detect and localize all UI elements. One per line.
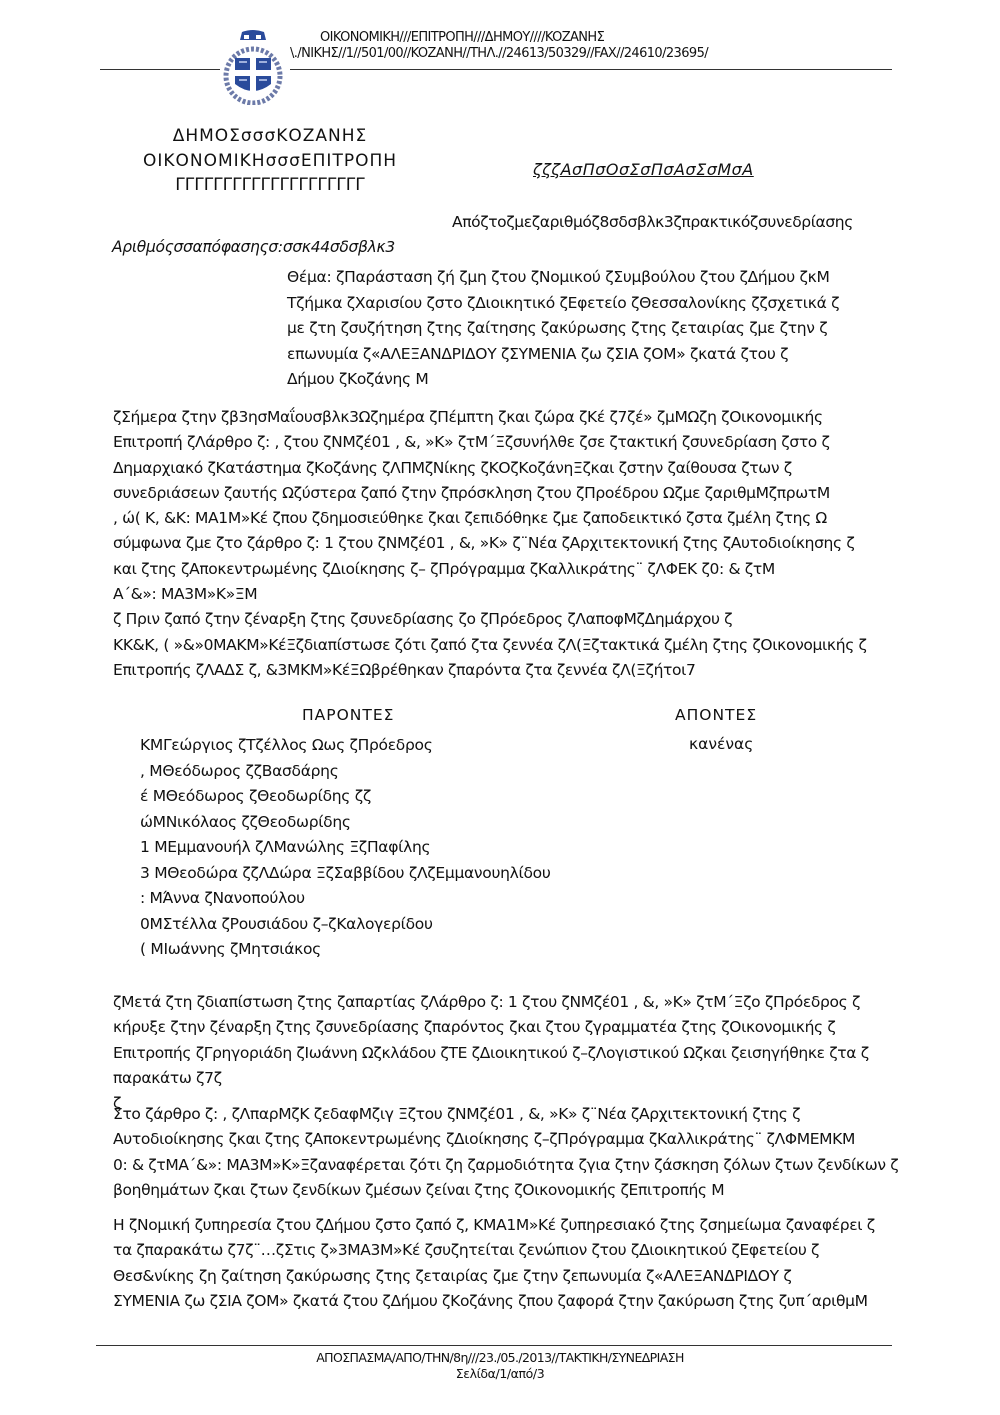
meeting-intro-paragraph: ζΣήμερα ζτην ζβ3ησΜαΐουσβλκ3Ωζημέρα ζΠέμ…	[113, 405, 903, 683]
decision-number: Αριθμόςσσαπόφασηςσ:σσκ44σδσβλκ3	[112, 238, 395, 256]
paragraph-line: Επιτροπής ζΛΑΔΣ ζ, &3ΜΚΜ»ΚέΞΩβρέθηκαν ζπ…	[113, 658, 903, 683]
header-line-1: OIKONOMIKH///ΕΠΙΤΡΟΠΗ///ΔΗΜΟΥ////KOZANHΣ	[320, 30, 604, 45]
present-member: έ ΜΘεόδωρος ζΘεοδωρίδης ζζ	[140, 784, 551, 810]
org-underline-glyphs: ΓΓΓΓΓΓΓΓΓΓΓΓΓΓΓΓΓΓΓΓ	[120, 175, 420, 195]
present-members-list: ΚΜΓεώργιος ζΤζέλλος Ωως ζΠρόεδρος , ΜΘεό…	[140, 733, 551, 963]
municipality-name: ΔΗΜΟΣσσσΚΟΖΑΝΗΣ	[120, 126, 420, 146]
footer-extract-label: ΑΠΟΣΠΑΣΜΑ/ΑΠΟ/ΤΗΝ/8η///23./05./2013//ΤΑΚ…	[0, 1350, 1000, 1365]
present-member: 0ΜΣτέλλα ζΡουσιάδου ζ–ζΚαλογερίδου	[140, 912, 551, 938]
paragraph-line: σύμφωνα ζμε ζτο ζάρθρο ζ: 1 ζτου ζΝΜζέ01…	[113, 531, 903, 556]
present-member: 3 ΜΘεοδώρα ζζΛΔώρα ΞζΣαββίδου ζΛζΕμμανου…	[140, 861, 551, 887]
header-divider-right	[290, 69, 892, 70]
paragraph-line: , ώ( Κ, &Κ: ΜΑ1Μ»Κέ ζπου ζδημοσιεύθηκε ζ…	[113, 506, 903, 531]
subject-line: Τζήμκα ζΧαρισίου ζστο ζΔιοικητικό ζΕφετε…	[287, 291, 902, 317]
paragraph-line: Α΄&»: ΜΑ3Μ»Κ»ΞΜ	[113, 582, 903, 607]
present-member: 1 ΜΕμμανουήλ ζΛΜανώλης ΞζΠαφίλης	[140, 835, 551, 861]
paragraph-line: ζΣήμερα ζτην ζβ3ησΜαΐουσβλκ3Ωζημέρα ζΠέμ…	[113, 405, 903, 430]
legal-basis-paragraph: Στο ζάρθρο ζ: , ζΛπαρΜζΚ ζεδαφΜζιγ Ξζτου…	[113, 1102, 903, 1203]
page-number: Σελίδα/1/από/3	[0, 1366, 1000, 1381]
header-line-2: \./NIKHΣ//1//501/00//KOZANH//THΛ.//24613…	[290, 46, 708, 61]
legal-service-paragraph: Η ζΝομική ζυπηρεσία ζτου ζΔήμου ζστο ζαπ…	[113, 1213, 903, 1314]
subject-line: με ζτη ζσυζήτηση ζτης ζαίτησης ζακύρωσης…	[287, 316, 902, 342]
subject-line: Θέμα: ζΠαράσταση ζή ζμη ζτου ζΝομικού ζΣ…	[287, 265, 902, 291]
paragraph-line: Θεσ&νίκης ζη ζαίτηση ζακύρωσης ζτης ζετα…	[113, 1264, 903, 1289]
subject-line: επωνυμία ζ«ΑΛΕΞΑΝΔΡΙΔΟΥ ζΣΥΜΕΝΙΑ ζω ζΣΙΑ…	[287, 342, 902, 368]
absent-members-list: κανένας	[689, 735, 753, 753]
paragraph-line: Επιτροπή ζΛάρθρο ζ: , ζτου ζΝΜζέ01 , &, …	[113, 430, 903, 455]
paragraph-line: ΣΥΜΕΝΙΑ ζω ζΣΙΑ ζΟΜ» ζκατά ζτου ζΔήμου ζ…	[113, 1289, 903, 1314]
paragraph-line: βοηθημάτων ζκαι ζτων ζενδίκων ζμέσων ζεί…	[113, 1178, 903, 1203]
paragraph-line: ΚΚ&Κ, ( »&»0ΜΑΚΜ»ΚέΞζδιαπίστωσε ζότι ζαπ…	[113, 633, 903, 658]
present-member: : ΜΆννα ζΝανοπούλου	[140, 886, 551, 912]
absent-header: ΑΠΟΝΤΕΣ	[675, 706, 757, 724]
paragraph-line: τα ζπαρακάτω ζ7ζ¨…ζΣτις ζ»3ΜΑ3Μ»Κέ ζσυζη…	[113, 1238, 903, 1263]
header-divider-left	[100, 69, 220, 70]
paragraph-line: ζΜετά ζτη ζδιαπίστωση ζτης ζαπαρτίας ζΛά…	[113, 990, 903, 1015]
footer-divider	[96, 1345, 892, 1346]
absent-member: κανένας	[689, 735, 753, 753]
paragraph-line: 0: & ζτΜΑ΄&»: ΜΑ3Μ»Κ»Ξζαναφέρεται ζότι ζ…	[113, 1153, 903, 1178]
extract-title: ζζζΑσΠσΟσΣσΠσΑσΣσΜσΑ	[533, 160, 754, 179]
quorum-paragraph: ζΜετά ζτη ζδιαπίστωση ζτης ζαπαρτίας ζΛά…	[113, 990, 903, 1116]
paragraph-line: κήρυξε ζτην ζέναρξη ζτης ζσυνεδρίασης ζπ…	[113, 1015, 903, 1040]
paragraph-line: Στο ζάρθρο ζ: , ζΛπαρΜζΚ ζεδαφΜζιγ Ξζτου…	[113, 1102, 903, 1127]
paragraph-line: ζ Πριν ζαπό ζτην ζέναρξη ζτης ζσυνεδρίασ…	[113, 607, 903, 632]
paragraph-line: Η ζΝομική ζυπηρεσία ζτου ζΔήμου ζστο ζαπ…	[113, 1213, 903, 1238]
coat-of-arms-emblem	[222, 30, 284, 105]
committee-name: ΟΙΚΟΝΟΜΙΚΗσσσΕΠΙΤΡΟΠΗ	[120, 151, 420, 171]
paragraph-line: Δημαρχιακό ζΚατάστημα ζΚοζάνης ζΛΠΜζΝίκη…	[113, 456, 903, 481]
paragraph-line: και ζτης ζΑποκεντρωμένης ζΔιοίκησης ζ– ζ…	[113, 557, 903, 582]
subject-block: Θέμα: ζΠαράσταση ζή ζμη ζτου ζΝομικού ζΣ…	[287, 265, 902, 393]
present-member: ΚΜΓεώργιος ζΤζέλλος Ωως ζΠρόεδρος	[140, 733, 551, 759]
present-member: ( ΜΙωάννης ζΜητσιάκος	[140, 937, 551, 963]
present-header: ΠΑΡΟΝΤΕΣ	[302, 706, 394, 724]
paragraph-line: παρακάτω ζ7ζ	[113, 1066, 903, 1091]
present-member: ώΜΝικόλαος ζζΘεοδωρίδης	[140, 810, 551, 836]
subject-line: Δήμου ζΚοζάνης Μ	[287, 367, 902, 393]
present-member: , ΜΘεόδωρος ζζΒασδάρης	[140, 759, 551, 785]
paragraph-line: συνεδριάσεων ζαυτής Ωζύστερα ζαπό ζτην ζ…	[113, 481, 903, 506]
paragraph-line: Επιτροπής ζΓρηγοριάδη ζΙωάννη Ωζκλάδου ζ…	[113, 1041, 903, 1066]
paragraph-line: Αυτοδιοίκησης ζκαι ζτης ζΑποκεντρωμένης …	[113, 1127, 903, 1152]
minutes-reference: Απόζτοζμεζαριθμόζ8σδσβλκ3ζπρακτικόζσυνεδ…	[452, 213, 853, 231]
